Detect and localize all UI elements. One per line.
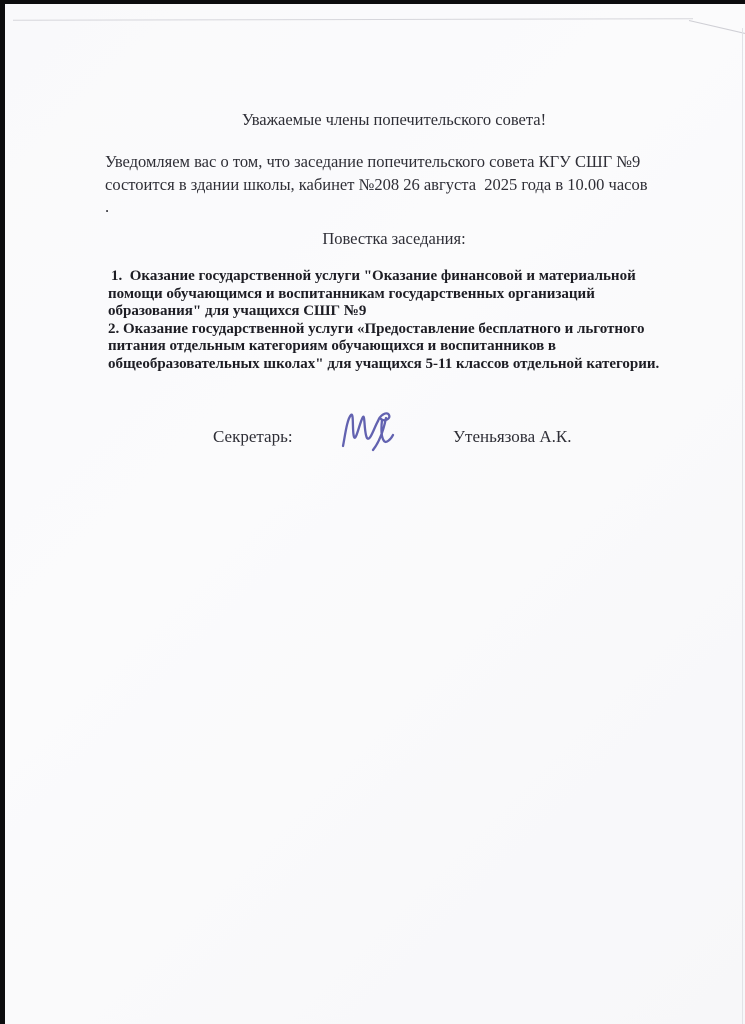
paper-corner-crease — [689, 20, 745, 35]
agenda-item-2-line-1: 2. Оказание государственной услуги «Пред… — [108, 321, 628, 339]
agenda-list: 1. Оказание государственной услуги "Оказ… — [108, 268, 628, 374]
agenda-title: Повестка заседания: — [105, 229, 683, 249]
notice-line-1: Уведомляем вас о том, что заседание попе… — [105, 152, 640, 172]
notice-line-3: . — [105, 197, 109, 217]
paper-top-edge-line — [13, 18, 693, 20]
agenda-item-1-line-3: образования" для учащихся СШГ №9 — [108, 303, 628, 321]
agenda-item-1-line-2: помощи обучающимся и воспитанникам госуд… — [108, 286, 628, 304]
document-heading: Уважаемые члены попечительского совета! — [105, 110, 683, 130]
agenda-item-2-line-2: питания отдельным категориям обучающихся… — [108, 338, 628, 356]
scanned-document: Уважаемые члены попечительского совета! … — [0, 0, 745, 1024]
handwritten-signature — [337, 406, 401, 454]
agenda-item-1-line-1: 1. Оказание государственной услуги "Оказ… — [108, 268, 628, 286]
secretary-name: Утеньязова А.К. — [453, 427, 572, 447]
paper-right-edge-line — [742, 28, 743, 1024]
notice-line-2: состоится в здании школы, кабинет №208 2… — [105, 175, 648, 195]
agenda-item-2-line-3: общеобразовательных школах" для учащихся… — [108, 356, 628, 374]
secretary-label: Секретарь: — [213, 427, 293, 447]
